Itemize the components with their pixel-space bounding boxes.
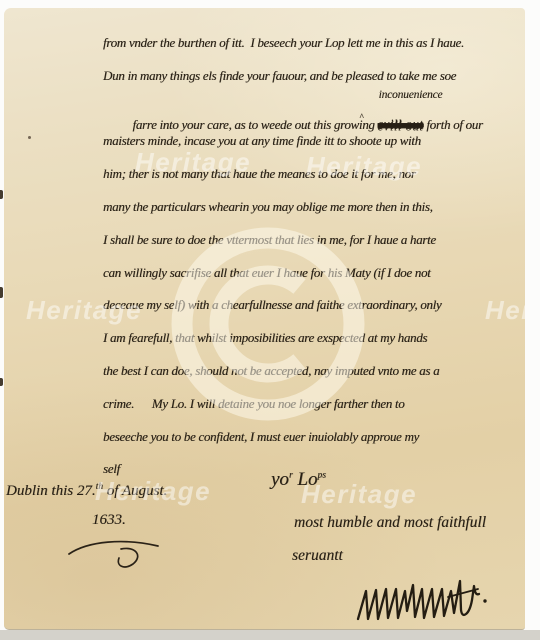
letter-line: I am fearefull, that whilst imposibiliti…	[103, 330, 525, 363]
signature-scrawl: Wentworth	[355, 576, 490, 628]
letter-body: from vnder the burthen of itt. I beseech…	[103, 35, 525, 494]
letter-line: deceaue my self) with a chearfullnesse a…	[103, 297, 525, 330]
salute-superscript: ps	[317, 471, 325, 481]
letter-line: maisters minde, incase you at any time f…	[103, 133, 525, 166]
struck-out-words: evill out	[378, 117, 424, 132]
ink-speck	[28, 136, 31, 139]
letter-line: can willingly sacrifise all that euer I …	[103, 265, 525, 298]
insertion-caret: ^	[360, 112, 364, 122]
dateline-text: Dublin this 27.	[6, 483, 96, 499]
letter-line: the best I can doe, should not be accept…	[103, 363, 525, 396]
inserted-word: inconuenience	[379, 89, 443, 101]
salute-text: yo	[271, 469, 289, 490]
letter-line: Dun in many things els finde your fauour…	[103, 68, 525, 101]
letter-line: crime. My Lo. I will detaine you noe lon…	[103, 396, 525, 429]
page-edge-ink-mark	[0, 190, 3, 199]
letter-line: many the particulars whearin you may obl…	[103, 199, 525, 232]
line-text-after: forth of our	[423, 117, 482, 132]
dateline-superscript: th	[96, 482, 103, 492]
dateline-year: 1633.	[92, 512, 126, 529]
letter-line-with-correction: farre into your care, as to weede out th…	[103, 101, 525, 134]
signature-period	[483, 599, 486, 602]
page-edge-ink-mark	[0, 287, 3, 298]
photo-frame: from vnder the burthen of itt. I beseech…	[0, 0, 540, 640]
letter-paper: from vnder the burthen of itt. I beseech…	[4, 8, 525, 630]
closing-line: seruantt	[292, 547, 343, 565]
photo-bottom-strip	[0, 630, 540, 640]
line-text-before: farre into your care, as to weede out th…	[133, 117, 378, 132]
letter-line: beseeche you to be confident, I must eue…	[103, 429, 525, 462]
closing-salutation: yor Lops	[271, 469, 326, 491]
letter-line: from vnder the burthen of itt. I beseech…	[103, 35, 525, 68]
salute-text: Lo	[293, 469, 318, 490]
page-edge-ink-mark	[0, 378, 3, 386]
letter-line: him; ther is not many that haue the mean…	[103, 166, 525, 199]
handwriting-layer: from vnder the burthen of itt. I beseech…	[4, 8, 525, 629]
closing-line: most humble and most faithfull	[294, 514, 486, 532]
dateline: Dublin this 27.th of August.	[6, 482, 167, 500]
dateline-text: of August.	[103, 483, 167, 499]
letter-line: I shall be sure to doe the vttermost tha…	[103, 232, 525, 265]
pen-flourish	[66, 536, 166, 580]
